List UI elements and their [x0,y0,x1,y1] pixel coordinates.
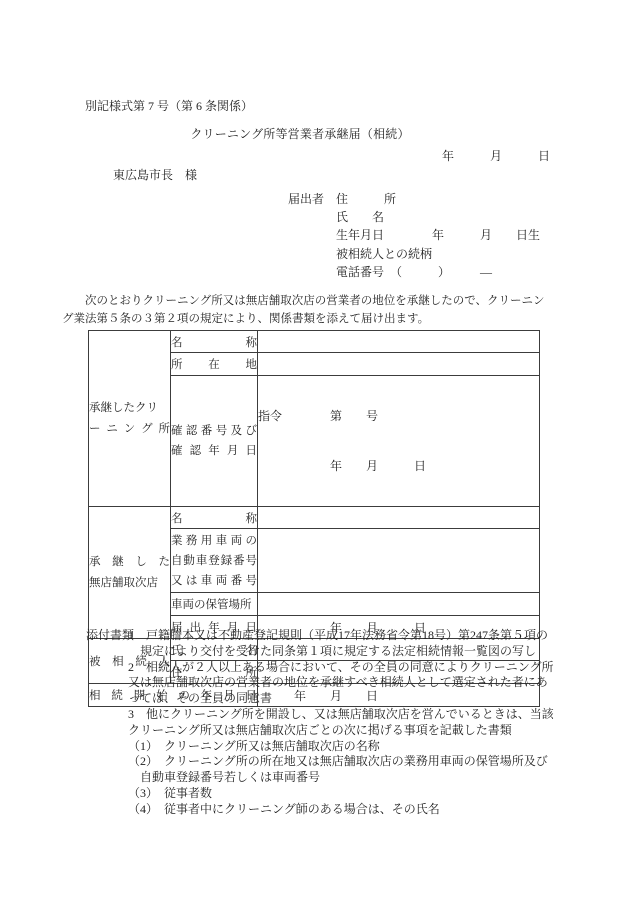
label-cell-shop-location: 所 在 地 [171,353,258,376]
attachment-line-1: 1 戸籍謄本又は不動産登記規則（平成17年法務省令第18号）第247条第５項の [128,628,554,644]
attachment-line-4: 又は無店舗取次店の営業者の地位を承継すべき相続人として選定された者にあ [128,675,554,691]
value-cell-shop-location [258,353,540,376]
notifier-relationship-line: 被相続人との続柄 [288,245,432,262]
group-agency-line1: 承 継 し た [89,552,170,573]
attachment-line-6: 3 他にクリーニング所を開設し、又は無店舗取次店を営んでいるときは、当該 [128,707,554,723]
attachments-block: 添付書類 1 戸籍謄本又は不動産登記規則（平成17年法務省令第18号）第247条… [86,628,554,818]
form-title: クリーニング所等営業者承継届（相続） [0,125,600,142]
attachments-label: 添付書類 [86,628,134,644]
body-paragraph-line2: グ業法第５条の３第２項の規定により、関係書類を添えて届け出ます。 [62,310,429,326]
label-vehicle-line3: 又 は 車 両 番 号 [171,571,257,591]
group-cell-agency: 承 継 し た 無店舗取次店 [89,507,171,639]
group-agency-line2: 無店舗取次店 [89,573,170,594]
label-cell-vehicle-number: 業 務 用 車 両 の 自動車登録番号 又 は 車 両 番 号 [171,529,258,593]
group-cleaning-shop-line1: 承継したクリ [89,398,170,419]
notifier-address-line: 届出者 住 所 [288,190,396,207]
body-paragraph-line1: 次のとおりクリーニング所又は無店舗取次店の営業者の地位を承継したので、クリーニン [62,292,545,308]
value-confirmation-line2: 年 月 日 [258,456,539,476]
notifier-birthdate-line: 生年月日 年 月 日生 [288,226,540,243]
attachment-line-7: クリーニング所又は無店舗取次店ごとの次に掲げる事項を記載した書類 [128,723,554,739]
form-number-label: 別記様式第 7 号（第 6 条関係） [85,97,253,114]
label-confirmation-line1: 確 認 番 号 及 び [171,421,257,441]
label-cell-agency-name: 名 称 [171,507,258,529]
value-confirmation-line1: 指令 第 号 [258,406,539,426]
group-cell-cleaning-shop: 承継したクリ ー ニ ン グ 所 [89,331,171,507]
value-cell-agency-name [258,507,540,529]
value-cell-confirmation: 指令 第 号 年 月 日 [258,376,540,507]
label-cell-storage-place: 車両の保管場所 [171,593,258,616]
addressee-line: 東広島市長 様 [113,166,197,183]
group-cleaning-shop-line2: ー ニ ン グ 所 [89,419,170,440]
value-cell-shop-name [258,331,540,353]
attachment-line-8: （1） クリーニング所又は無店舗取次店の名称 [128,739,554,755]
value-cell-vehicle-number [258,529,540,593]
date-line: 年 月 日 [442,147,550,164]
form-page: 別記様式第 7 号（第 6 条関係） クリーニング所等営業者承継届（相続） 年 … [0,0,630,903]
value-cell-storage-place [258,593,540,616]
notifier-phone-line: 電話番号 （ ） ― [288,263,492,280]
notifier-name-line: 氏 名 [288,208,384,225]
attachment-line-3: 2 相続人が２人以上ある場合において、その全員の同意によりクリーニング所 [128,660,554,676]
attachment-line-5: っては、その全員の同意書 [128,691,554,707]
label-confirmation-line2: 確 認 年 月 日 [171,441,257,461]
label-vehicle-line2: 自動車登録番号 [171,551,257,571]
label-vehicle-line1: 業 務 用 車 両 の [171,531,257,551]
attachments-lines: 1 戸籍謄本又は不動産登記規則（平成17年法務省令第18号）第247条第５項の … [128,628,554,818]
attachment-line-2: 規定により交付を受けた同条第１項に規定する法定相続情報一覧図の写し [140,644,554,660]
label-cell-shop-name: 名 称 [171,331,258,353]
label-cell-confirmation: 確 認 番 号 及 び 確 認 年 月 日 [171,376,258,507]
attachment-line-12: （4） 従事者中にクリーニング師のある場合は、その氏名 [128,802,554,818]
attachment-line-9: （2） クリーニング所の所在地又は無店舗取次店の業務用車両の保管場所及び [128,754,554,770]
attachment-line-10: 自動車登録番号若しくは車両番号 [140,770,554,786]
attachment-line-11: （3） 従事者数 [128,786,554,802]
